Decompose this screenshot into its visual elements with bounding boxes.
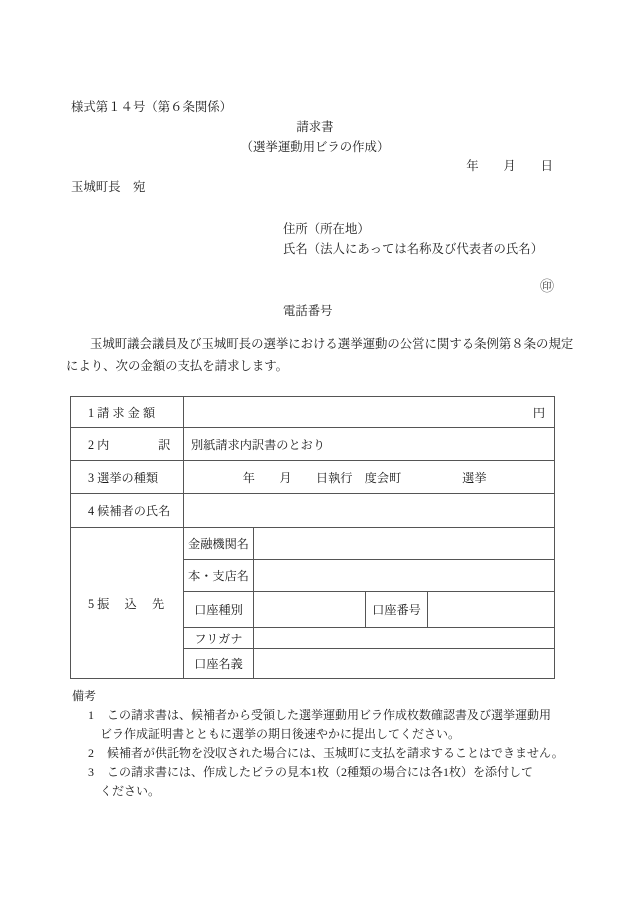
bank-name-label: 金融機関名 bbox=[184, 528, 254, 560]
table-row: 4 候補者の氏名 bbox=[71, 494, 555, 528]
applicant-name-label: 氏名（法人にあっては名称及び代表者の氏名） bbox=[283, 239, 543, 257]
bank-name-field bbox=[254, 528, 555, 560]
row-label-text: 選挙の種類 bbox=[97, 471, 158, 485]
claim-amount-label: 1 請 求 金 額 bbox=[71, 397, 184, 428]
furigana-label: フリガナ bbox=[184, 628, 254, 649]
row-number: 5 bbox=[88, 597, 94, 611]
breakdown-label: 2 内 訳 bbox=[71, 428, 184, 461]
form-number: 様式第１４号（第６条関係） bbox=[71, 97, 232, 115]
applicant-address-label: 住所（所在地） bbox=[283, 219, 370, 237]
remarks-section: 備考 1 この請求書は、候補者から受領した選挙運動用ビラ作成枚数確認書及び選挙運… bbox=[72, 687, 575, 801]
row-label-text: 振 込 先 bbox=[97, 597, 164, 611]
furigana-field bbox=[254, 628, 555, 649]
request-paragraph: 玉城町議会議員及び玉城町長の選挙における選挙運動の公営に関する条例第８条の規定 … bbox=[66, 333, 612, 377]
remark-number: 1 bbox=[88, 706, 94, 725]
addressee-line: 玉城町長 宛 bbox=[71, 177, 145, 195]
page-subtitle: （選挙運動用ビラの作成） bbox=[0, 137, 630, 155]
candidate-name-label: 4 候補者の氏名 bbox=[71, 494, 184, 528]
remark-item: 3 この請求書には、作成したビラの見本1枚（2種類の場合には各1枚）を添付して … bbox=[72, 763, 575, 801]
row-number: 3 bbox=[88, 471, 94, 485]
branch-name-field bbox=[254, 560, 555, 592]
candidate-name-field bbox=[184, 494, 555, 528]
account-type-label: 口座種別 bbox=[184, 592, 254, 628]
row-label-text: 候補者の氏名 bbox=[97, 504, 170, 518]
election-type-label: 3 選挙の種類 bbox=[71, 461, 184, 494]
row-number: 2 bbox=[88, 438, 94, 452]
table-row: 5 振 込 先 金融機関名 bbox=[71, 528, 555, 560]
branch-name-label: 本・支店名 bbox=[184, 560, 254, 592]
breakdown-value: 別紙請求内訳書のとおり bbox=[184, 428, 555, 461]
seal-icon: ㊞ bbox=[540, 276, 554, 296]
row-number: 4 bbox=[88, 504, 94, 518]
table-row: 1 請 求 金 額 円 bbox=[71, 397, 555, 428]
remark-number: 2 bbox=[88, 744, 94, 763]
remark-text: この請求書には、作成したビラの見本1枚（2種類の場合には各1枚）を添付して くだ… bbox=[100, 763, 575, 801]
row-number: 1 bbox=[88, 406, 94, 420]
transfer-destination-label: 5 振 込 先 bbox=[71, 528, 184, 679]
applicant-phone-label: 電話番号 bbox=[283, 301, 333, 319]
table-row: 3 選挙の種類 年 月 日執行 度会町 選挙 bbox=[71, 461, 555, 494]
account-type-field bbox=[254, 592, 366, 628]
claim-table: 1 請 求 金 額 円 2 内 訳 別紙請求内訳書のとおり 3 選挙の種類 年 … bbox=[70, 396, 555, 679]
account-number-field bbox=[428, 592, 555, 628]
account-number-label: 口座番号 bbox=[366, 592, 428, 628]
page-title: 請求書 bbox=[0, 117, 630, 135]
table-row: 2 内 訳 別紙請求内訳書のとおり bbox=[71, 428, 555, 461]
claim-amount-field: 円 bbox=[184, 397, 555, 428]
remark-item: 1 この請求書は、候補者から受領した選挙運動用ビラ作成枚数確認書及び選挙運動用 … bbox=[72, 706, 575, 744]
remarks-title: 備考 bbox=[72, 687, 575, 706]
date-line: 年 月 日 bbox=[466, 156, 553, 174]
remark-item: 2 候補者が供託物を没収された場合には、玉城町に支払を請求することはできません。 bbox=[72, 744, 575, 763]
election-type-value: 年 月 日執行 度会町 選挙 bbox=[184, 461, 555, 494]
remark-text: この請求書は、候補者から受領した選挙運動用ビラ作成枚数確認書及び選挙運動用 ビラ… bbox=[100, 706, 575, 744]
row-label-text: 内 訳 bbox=[97, 438, 170, 452]
row-label-text: 請 求 金 額 bbox=[97, 406, 155, 420]
remark-number: 3 bbox=[88, 763, 94, 782]
document-page: 様式第１４号（第６条関係） 請求書 （選挙運動用ビラの作成） 年 月 日 玉城町… bbox=[0, 0, 630, 903]
account-holder-field bbox=[254, 649, 555, 679]
account-holder-label: 口座名義 bbox=[184, 649, 254, 679]
remark-text: 候補者が供託物を没収された場合には、玉城町に支払を請求することはできません。 bbox=[100, 744, 575, 763]
yen-unit-label: 円 bbox=[533, 406, 545, 420]
